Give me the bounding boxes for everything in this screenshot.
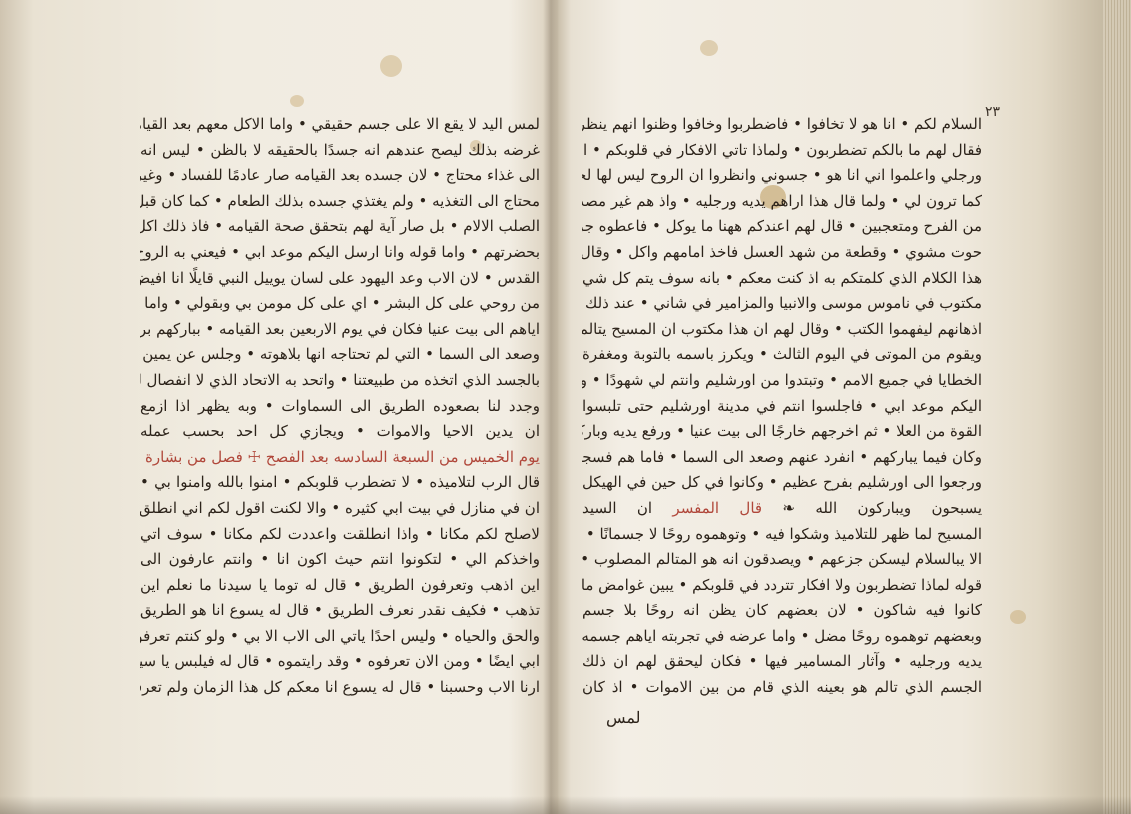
page-edges [1103,0,1131,814]
text-line: محتاج الى التغذيه • ولم يغتذي جسده بذلك … [140,189,540,215]
text-line: ورجلي واعلموا اني انا هو • جسوني وانظروا… [582,163,982,189]
text-line: هذا الكلام الذي كلمتكم به اذ كنت معكم • … [582,266,982,292]
folio-number: ٢٣ [985,104,1000,120]
text-line: الجسم الذي تالم هو بعينه الذي قام من بين… [582,675,982,701]
catchword: لمس [606,708,641,727]
text-line: القدس • لان الاب وعد اليهود على لسان يوي… [140,266,540,292]
right-page-text: السلام لكم • انا هو لا تخافوا • فاضطربوا… [582,112,982,701]
text-line: لمس اليد لا يقع الا على جسم حقيقي • واما… [140,112,540,138]
foxing-stain [290,95,304,107]
text-line: ابي ايضًا • ومن الان تعرفوه • وقد رايتمو… [140,649,540,675]
text-line: لاصلح لكم مكانا • واذا انطلقت واعددت لكم… [140,522,540,548]
text-line: ارنا الاب وحسبنا • قال له يسوع انا معكم … [140,675,540,701]
text-line: وكان فيما يباركهم • انفرد عنهم وصعد الى … [582,445,982,471]
text-line: اليكم موعد ابي • فاجلسوا انتم في مدينة ا… [582,394,982,420]
text-line: اين اذهب وتعرفون الطريق • قال له توما يا… [140,573,540,599]
text-line: المسيح لما ظهر للتلاميذ وشكوا فيه • وتوه… [582,522,982,548]
rubric-inline: قال المفسر [672,499,762,517]
text-line: من روحي على كل البشر • اي على كل مومن بي… [140,291,540,317]
text-line: اذهانهم ليفهموا الكتب • وقال لهم ان هذا … [582,317,982,343]
text-line: قوله لماذا تضطربون ولا افكار تتردد في قل… [582,573,982,599]
text-line: بالجسد الذي اتخذه من طبيعتنا • واتحد به … [140,368,540,394]
text-line: كانوا فيه شاكون • لان بعضهم كان يظن انه … [582,598,982,624]
foxing-stain [380,55,402,77]
text-line: ان يدين الاحيا والاموات • ويجازي كل احد … [140,419,540,445]
text-line: غرضه بذلك ليصح عندهم انه جسدًا بالحقيقه … [140,138,540,164]
text-line: حوت مشوي • وقطعة من شهد العسل فاخذ امامه… [582,240,982,266]
rubric-heading: يوم الخميس من السبعة السادسه بعد الفصح ☩… [140,445,540,471]
text-line: تذهب • فكيف نقدر نعرف الطريق • قال له يس… [140,598,540,624]
book-gutter [543,0,559,814]
foxing-stain [700,40,718,56]
text-line: الخطايا في جميع الامم • وتبتدوا من اورشل… [582,368,982,394]
text-line-with-rubric: يسبحون ويباركون الله ❧ قال المفسر ان الس… [582,496,982,522]
foxing-stain [1010,610,1026,624]
text-line: بحضرتهم • واما قوله وانا ارسل اليكم موعد… [140,240,540,266]
text-line: ويقوم من الموتى في اليوم الثالث • ويكرز … [582,342,982,368]
page-shadow [0,796,1131,814]
text-line: وصعد الى السما • التي لم تحتاجه انها بلا… [140,342,540,368]
text-line: يديه ورجليه • وآثار المسامير فيها • فكان… [582,649,982,675]
text-line: كما ترون لي • ولما قال هذا اراهم يديه ور… [582,189,982,215]
text-line: ان في منازل في بيت ابي كثيره • والا لكنت… [140,496,540,522]
text-line: فقال لهم ما بالكم تضطربون • ولماذا تاتي … [582,138,982,164]
text-segment: يسبحون ويباركون الله [815,499,982,517]
text-line: والحق والحياه • وليس احدًا ياتي الى الاب… [140,624,540,650]
text-line: الصلب الالام • بل صار آية لهم بتحقق صحة … [140,214,540,240]
text-line: مكتوب في ناموس موسى والانبيا والمزامير ف… [582,291,982,317]
text-line: ورجعوا الى اورشليم بفرح عظيم • وكانوا في… [582,470,982,496]
text-segment: ان السيد [582,499,652,517]
text-line: اياهم الى بيت عنيا فكان في يوم الاربعين … [140,317,540,343]
text-line: واخذكم الي • لتكونوا انتم حيث اكون انا •… [140,547,540,573]
text-line: القوة من العلا • ثم اخرجهم خارجًا الى بي… [582,419,982,445]
text-line: الا يبالسلام ليسكن جزعهم • ويصدقون انه ه… [582,547,982,573]
text-line: السلام لكم • انا هو لا تخافوا • فاضطربوا… [582,112,982,138]
left-page-text: لمس اليد لا يقع الا على جسم حقيقي • واما… [140,112,540,701]
text-line: وبعضهم توهموه روحًا مضل • واما عرضه في ت… [582,624,982,650]
text-line: من الفرح ومتعجبين • قال لهم اعندكم ههنا … [582,214,982,240]
text-line: الى غذاء محتاج • لان جسده بعد القيامه صا… [140,163,540,189]
text-line: وجدد لنا بصعوده الطريق الى السماوات • وب… [140,394,540,420]
text-line: قال الرب لتلاميذه • لا تضطرب قلوبكم • ام… [140,470,540,496]
